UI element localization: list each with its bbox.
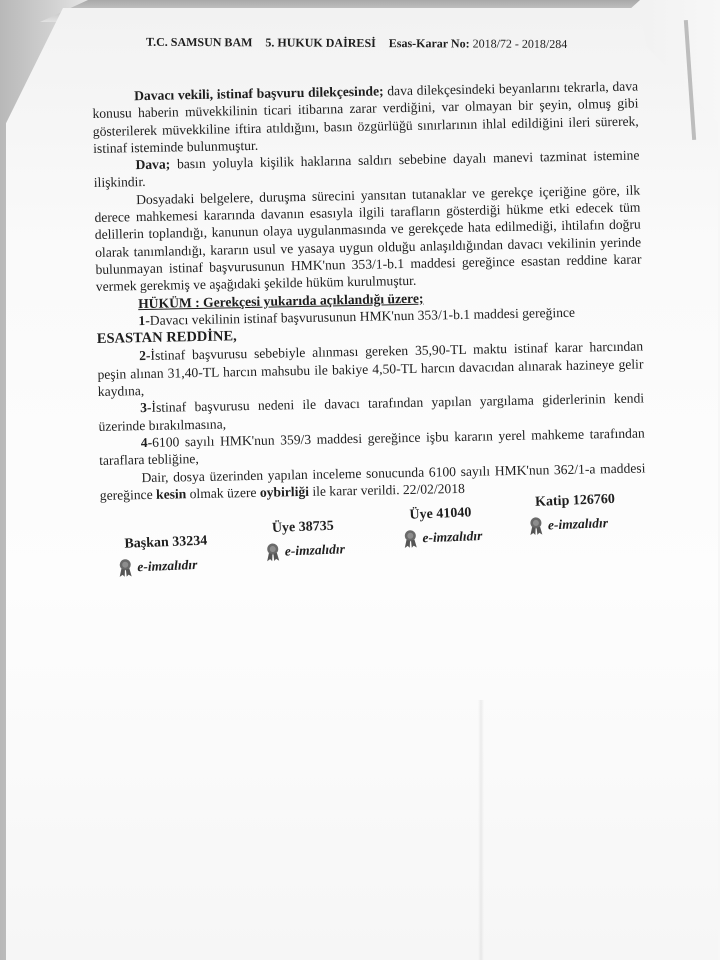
award-ribbon-icon — [528, 516, 545, 537]
document-body: Davacı vekili, istinaf başvuru dilekçesi… — [92, 78, 646, 505]
signer-title: Katip 126760 — [535, 492, 615, 511]
signer-title: Üye 38735 — [272, 518, 345, 537]
item-number: 3- — [140, 400, 152, 415]
signature-member-1: Üye 38735 e-imzalıdır — [264, 518, 346, 562]
award-ribbon-icon — [264, 542, 281, 563]
case-heading: Dava; — [135, 157, 170, 173]
chamber-name: 5. HUKUK DAİRESİ — [265, 35, 375, 50]
item-number: 1- — [138, 313, 150, 328]
e-signature-stamp: e-imzalıdır — [528, 513, 616, 536]
page-fold — [478, 700, 484, 960]
stamp-text: e-imzalıdır — [548, 515, 609, 533]
stamp-text: e-imzalıdır — [137, 557, 198, 575]
signature-clerk: Katip 126760 e-imzalıdır — [527, 492, 616, 536]
final-word: kesin — [156, 486, 187, 502]
signature-president: Başkan 33234 e-imzalıdır — [116, 534, 208, 578]
document-header: T.C. SAMSUN BAM 5. HUKUK DAİRESİ Esas-Ka… — [146, 35, 606, 52]
e-signature-stamp: e-imzalıdır — [402, 526, 483, 549]
paragraph-reasoning: Dosyadaki belgelere, duruşma sürecini ya… — [94, 181, 642, 295]
item-text: İstinaf başvurusu sebebiyle alınması ger… — [97, 339, 643, 399]
item-number: 2- — [139, 348, 151, 363]
award-ribbon-icon — [402, 528, 419, 549]
court-name: T.C. SAMSUN BAM — [146, 35, 253, 50]
signer-title: Üye 41040 — [409, 505, 482, 524]
e-signature-stamp: e-imzalıdır — [264, 539, 345, 562]
paragraph-appeal: Davacı vekili, istinaf başvuru dilekçesi… — [92, 78, 639, 158]
stamp-text: e-imzalıdır — [285, 541, 346, 559]
case-label: Esas-Karar No: — [389, 36, 470, 50]
stamp-text: e-imzalıdır — [422, 528, 483, 546]
item-number: 4- — [141, 435, 153, 450]
signature-member-2: Üye 41040 e-imzalıdır — [401, 505, 483, 549]
case-number: 2018/72 - 2018/284 — [473, 37, 568, 51]
conclusion-text: olmak üzere — [186, 485, 260, 501]
unanimous-word: oybirliği — [260, 484, 309, 500]
conclusion-date: ile karar verildi. 22/02/2018 — [309, 481, 465, 499]
e-signature-stamp: e-imzalıdır — [117, 555, 209, 578]
signer-title: Başkan 33234 — [124, 534, 207, 553]
dismissal-text: ESASTAN REDDİNE, — [97, 328, 237, 347]
award-ribbon-icon — [117, 557, 134, 578]
